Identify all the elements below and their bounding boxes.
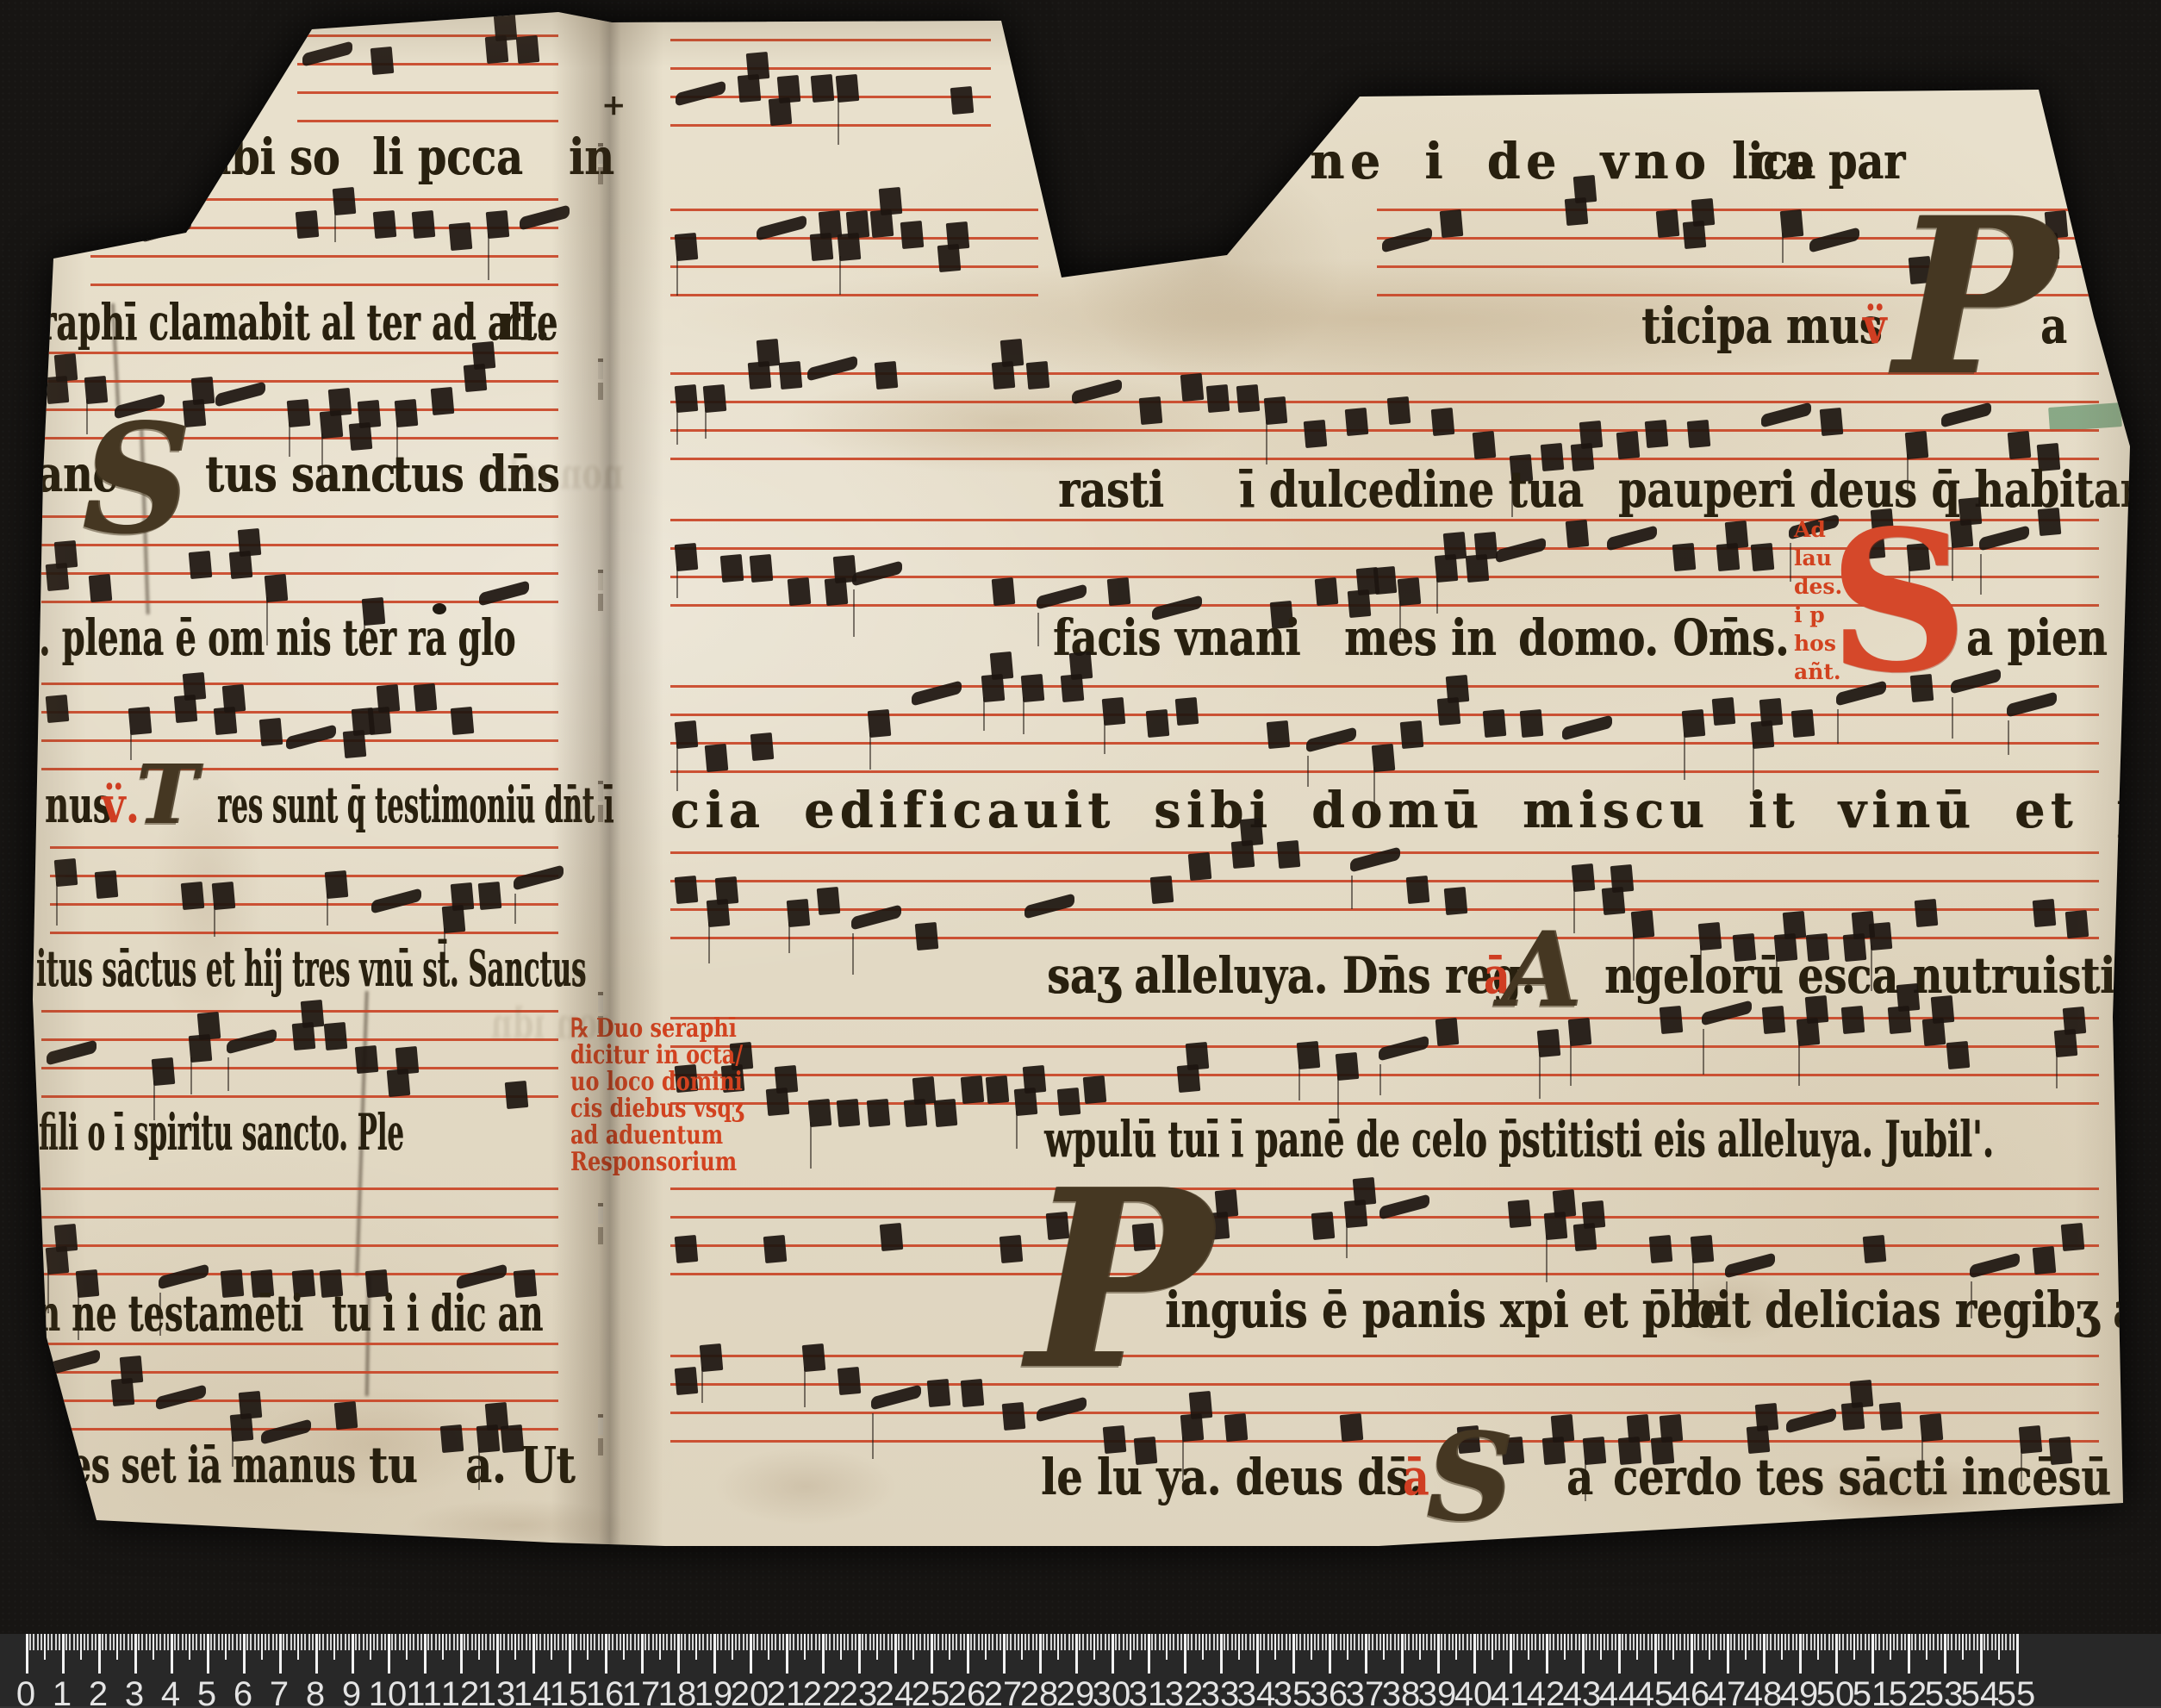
neume — [1442, 532, 1467, 560]
neume — [1496, 537, 1546, 564]
ruler-mm-tick — [1553, 1634, 1554, 1650]
ruler-mm-tick — [1955, 1634, 1957, 1650]
neume — [715, 876, 739, 904]
neume — [1345, 408, 1369, 436]
ruler-mm-tick — [1082, 1634, 1084, 1650]
ruler-mm-tick — [1579, 1634, 1580, 1650]
ruler-mm-tick — [1495, 1634, 1497, 1650]
ruler-mm-tick — [2013, 1634, 2015, 1650]
rubric-line: Responsorium — [570, 1149, 744, 1175]
ruler-mm-tick — [1549, 1634, 1551, 1650]
neume — [227, 1028, 277, 1055]
ruler-mm-tick — [286, 1634, 288, 1650]
neume — [180, 882, 204, 910]
ruler-mm-tick — [565, 1634, 567, 1650]
ruler-mm-tick — [1723, 1634, 1725, 1650]
ruler-mm-tick — [1687, 1634, 1689, 1650]
ruler-mm-tick — [185, 1634, 187, 1650]
neume — [779, 361, 803, 390]
neume — [1879, 1401, 1903, 1430]
ruler-mm-tick — [1604, 1634, 1605, 1650]
ruler-mm-tick — [529, 1634, 531, 1650]
neume — [431, 387, 455, 415]
ruler-mm-tick — [1087, 1634, 1088, 1650]
ruler-mm-tick — [699, 1634, 701, 1650]
ruler-mm-tick — [87, 1634, 89, 1650]
ruler-mm-tick — [1516, 1634, 1518, 1650]
rubric-line: cis diebus vsqʒ — [570, 1095, 744, 1122]
ruler-mm-tick — [1814, 1634, 1815, 1650]
neume — [757, 339, 781, 367]
staff-line — [670, 124, 991, 127]
ruler-mm-tick — [203, 1634, 205, 1650]
ruler-mm-tick — [1734, 1634, 1735, 1650]
ruler-mm-tick — [916, 1634, 918, 1650]
neume — [182, 672, 206, 701]
neume — [1266, 720, 1290, 749]
ruler-mm-tick — [1260, 1634, 1261, 1650]
staff-line — [41, 768, 558, 770]
ruler-mm-tick — [1702, 1634, 1703, 1650]
ruler-mm-tick — [333, 1634, 335, 1660]
neume-stem — [327, 894, 328, 926]
ruler-mm-tick — [478, 1634, 480, 1660]
neume-stem — [1351, 876, 1353, 910]
ruler-mm-tick — [1289, 1634, 1291, 1650]
ruler-cm-tick — [496, 1634, 499, 1674]
ruler-mm-tick — [1383, 1634, 1385, 1660]
parchment-stain — [1068, 146, 1344, 379]
neume-stem — [804, 1367, 806, 1407]
ruler-mm-tick — [919, 1634, 921, 1650]
ruler-mm-tick — [825, 1634, 827, 1650]
ruler-mm-tick — [1441, 1634, 1442, 1650]
ruler-mm-tick — [218, 1634, 220, 1650]
ruler-mm-tick — [851, 1634, 853, 1650]
ruler-mm-tick — [358, 1634, 360, 1650]
neume — [1379, 1035, 1429, 1062]
ruler-mm-tick — [934, 1634, 936, 1650]
ruler-mm-tick — [630, 1634, 632, 1650]
ruler-mm-tick — [261, 1634, 263, 1660]
neume — [1672, 542, 1696, 570]
neume — [1519, 708, 1543, 737]
binding-stitch — [598, 362, 603, 379]
ruler-mm-tick — [1227, 1634, 1229, 1650]
ruler-mm-tick — [1557, 1634, 1559, 1650]
ruler-mm-tick — [105, 1634, 107, 1650]
ruler-mm-tick — [753, 1634, 755, 1650]
ruler-mm-tick — [413, 1634, 414, 1650]
ruler-mm-tick — [1661, 1634, 1663, 1650]
ruler-mm-tick — [985, 1634, 987, 1660]
ruler-mm-tick — [232, 1634, 234, 1650]
ruler-mm-tick — [159, 1634, 161, 1650]
neume — [750, 732, 775, 760]
ruler-mm-tick — [482, 1634, 483, 1650]
neume — [750, 554, 774, 583]
neume — [1082, 1075, 1106, 1104]
ruler-cm-tick — [134, 1634, 137, 1674]
ruler-mm-tick — [1842, 1634, 1844, 1650]
neume — [927, 1378, 951, 1406]
ruler-mm-tick — [29, 1634, 31, 1650]
ruler-mm-tick — [1477, 1634, 1479, 1650]
ruler-cm-tick — [1184, 1634, 1186, 1674]
neume — [2064, 910, 2089, 938]
ruler-mm-tick — [793, 1634, 794, 1650]
neume — [912, 1076, 936, 1105]
ruler-mm-tick — [1010, 1634, 1012, 1650]
ruler-mm-tick — [254, 1634, 256, 1650]
ruler-mm-tick — [949, 1634, 950, 1660]
ruler-mm-tick — [189, 1634, 190, 1660]
neume-stem — [1266, 420, 1267, 464]
ruler-mm-tick — [1452, 1634, 1454, 1650]
ruler-mm-tick — [406, 1634, 408, 1660]
ruler-mm-tick — [1600, 1634, 1602, 1660]
ruler-cm-tick — [1763, 1634, 1766, 1674]
ruler-mm-tick — [1926, 1634, 1927, 1660]
ruler-mm-tick — [1672, 1634, 1674, 1660]
neume — [871, 1384, 921, 1411]
binding-stitch — [598, 1206, 603, 1224]
neume — [2063, 1007, 2087, 1035]
parchment-stain — [715, 1448, 896, 1525]
neume — [1805, 994, 1829, 1023]
ruler-mm-tick — [37, 1634, 39, 1650]
ruler-cm-tick — [1727, 1634, 1729, 1674]
chant-text: cerdo tes sācti incēsū et — [1613, 1448, 2161, 1506]
ruler-mm-tick — [73, 1634, 75, 1650]
ruler-mm-tick — [337, 1634, 339, 1650]
ruler-cm-tick — [1944, 1634, 1946, 1674]
neume — [1550, 1414, 1574, 1443]
ruler-mm-tick — [95, 1634, 97, 1650]
ruler-mm-tick — [377, 1634, 378, 1650]
ruler-mm-tick — [1123, 1634, 1124, 1650]
ink-cross-mark: + — [601, 88, 626, 122]
ruler-mm-tick — [1394, 1634, 1396, 1650]
ruler-mm-tick — [228, 1634, 230, 1650]
neume — [1431, 408, 1455, 436]
neume — [239, 1390, 263, 1418]
neume — [54, 539, 78, 568]
ruler-mm-tick — [214, 1634, 215, 1650]
neume — [1627, 1414, 1651, 1443]
ruler-mm-tick — [395, 1634, 396, 1650]
ruler-mm-tick — [656, 1634, 657, 1650]
ruler-mm-tick — [1072, 1634, 1074, 1650]
ruler-mm-tick — [1430, 1634, 1432, 1650]
ruler-mm-tick — [557, 1634, 559, 1650]
neume-stem — [1798, 1041, 1800, 1086]
ruler-mm-tick — [1340, 1634, 1342, 1650]
neume — [950, 85, 975, 114]
neume — [1206, 384, 1230, 413]
ruler-mm-tick — [1130, 1634, 1131, 1660]
neume-stem — [1790, 543, 1791, 583]
ruler-mm-tick — [518, 1634, 520, 1650]
neume — [1000, 1234, 1024, 1262]
neume — [1782, 911, 1806, 939]
ruler-mm-tick — [1354, 1634, 1355, 1650]
ruler-mm-tick — [1050, 1634, 1052, 1650]
ruler-mm-tick — [539, 1634, 541, 1650]
neume — [879, 186, 903, 215]
neume — [1562, 714, 1612, 741]
ruler-mm-tick — [1832, 1634, 1834, 1650]
ruler-mm-tick — [1434, 1634, 1435, 1650]
ruler-mm-tick — [1079, 1634, 1080, 1650]
neume-stem — [1379, 1064, 1381, 1095]
ruler-mm-tick — [1965, 1634, 1967, 1650]
ruler-mm-tick — [33, 1634, 34, 1650]
ruler-mm-tick — [330, 1634, 332, 1650]
neume — [413, 683, 437, 711]
ruler-mm-tick — [464, 1634, 465, 1650]
ruler-mm-tick — [855, 1634, 856, 1650]
neume — [1946, 1040, 1971, 1069]
ruler-mm-tick — [250, 1634, 252, 1650]
ruler-mm-tick — [1141, 1634, 1143, 1650]
ruler-mm-tick — [840, 1634, 842, 1660]
ruler-cm-tick — [26, 1634, 28, 1674]
ruler-mm-tick — [1416, 1634, 1417, 1650]
ruler-mm-tick — [1759, 1634, 1761, 1650]
ruler-mm-tick — [1684, 1634, 1685, 1650]
neume-stem — [708, 922, 710, 963]
staff-line — [297, 120, 558, 122]
ruler-mm-tick — [131, 1634, 133, 1650]
neume — [1659, 1414, 1683, 1443]
ruler-mm-tick — [1314, 1634, 1316, 1650]
staff-line — [50, 875, 558, 877]
ruler-mm-tick — [735, 1634, 737, 1650]
ruler-mm-tick — [1890, 1634, 1891, 1660]
neume — [141, 216, 191, 243]
ruler-mm-tick — [1350, 1634, 1352, 1650]
ruler-mm-tick — [876, 1634, 878, 1660]
chant-text: fili o ī spiritu sancto. Ple — [39, 1103, 404, 1162]
ruler-cm-tick — [569, 1634, 571, 1674]
ruler-mm-tick — [1796, 1634, 1797, 1650]
ruler-mm-tick — [304, 1634, 306, 1650]
ruler-mm-tick — [988, 1634, 990, 1650]
neume — [1306, 726, 1356, 753]
neume — [1236, 384, 1260, 413]
staff-line — [90, 198, 558, 201]
neume — [222, 683, 246, 712]
ruler-mm-tick — [873, 1634, 875, 1650]
ruler-mm-tick — [51, 1634, 53, 1650]
neume — [371, 47, 395, 75]
neume — [763, 1234, 787, 1262]
ruler-mm-tick — [1940, 1634, 1942, 1650]
ruler-mm-tick — [1169, 1634, 1171, 1650]
ruler-mm-tick — [789, 1634, 791, 1650]
neume — [1759, 698, 1784, 726]
neume — [1660, 1006, 1684, 1034]
ruler-mm-tick — [109, 1634, 111, 1650]
ruler-mm-tick — [1977, 1634, 1978, 1650]
ruler-mm-tick — [1636, 1634, 1638, 1660]
ruler-mm-tick — [1408, 1634, 1410, 1650]
ruler-mm-tick — [308, 1634, 310, 1650]
neume — [156, 1384, 206, 1411]
neume — [188, 551, 212, 579]
ruler-mm-tick — [551, 1634, 552, 1660]
ruler-mm-tick — [1068, 1634, 1070, 1650]
ruler-cm-tick — [1510, 1634, 1512, 1674]
ruler-mm-tick — [1195, 1634, 1197, 1650]
neume — [1000, 339, 1024, 367]
ruler-mm-tick — [1372, 1634, 1373, 1650]
ruler-mm-tick — [623, 1634, 625, 1660]
neume-stem — [1539, 1052, 1541, 1099]
ruler-mm-tick — [445, 1634, 447, 1650]
ruler-mm-tick — [583, 1634, 585, 1650]
neume — [1553, 1188, 1577, 1217]
ruler-mm-tick — [453, 1634, 455, 1650]
ruler-mm-tick — [345, 1634, 346, 1650]
ruler-mm-tick — [1126, 1634, 1128, 1650]
ruler-mm-tick — [797, 1634, 799, 1650]
neume — [1382, 227, 1432, 253]
neume — [1002, 1401, 1026, 1430]
ruler-mm-tick — [1647, 1634, 1649, 1650]
ruler-mm-tick — [1480, 1634, 1482, 1650]
neume — [504, 1080, 528, 1108]
ruler-mm-tick — [485, 1634, 487, 1650]
neume — [1303, 419, 1327, 447]
ruler-mm-tick — [1322, 1634, 1323, 1650]
neume — [1896, 983, 1921, 1012]
ruler-mm-tick — [526, 1634, 527, 1650]
ruler-mm-tick — [1886, 1634, 1888, 1650]
ruler-mm-tick — [340, 1634, 342, 1650]
ruler-cm-tick — [713, 1634, 716, 1674]
ruler-mm-tick — [102, 1634, 103, 1650]
neume-stem — [56, 882, 58, 926]
neume — [912, 680, 962, 707]
ruler-mm-tick — [59, 1634, 60, 1650]
ruler-mm-tick — [634, 1634, 636, 1650]
ruler-mm-tick — [1716, 1634, 1717, 1650]
ruler-mm-tick — [40, 1634, 42, 1650]
ruler-mm-tick — [84, 1634, 85, 1650]
ruler-mm-tick — [717, 1634, 719, 1650]
ruler-mm-tick — [1969, 1634, 1971, 1650]
ruler-mm-tick — [674, 1634, 676, 1650]
ruler-mm-tick — [210, 1634, 212, 1650]
neume — [1187, 851, 1211, 880]
ruler-cm-tick — [171, 1634, 173, 1674]
neume — [94, 870, 118, 898]
ruler-mm-tick — [1271, 1634, 1273, 1650]
ruler-mm-tick — [1839, 1634, 1840, 1650]
ruler-mm-tick — [1209, 1634, 1211, 1650]
neume — [2008, 431, 2032, 459]
staff-line — [50, 932, 558, 934]
ruler-mm-tick — [402, 1634, 404, 1650]
ruler-mm-tick — [240, 1634, 241, 1650]
staff-line — [670, 1355, 2099, 1357]
neume — [451, 882, 475, 911]
ruler-mm-tick — [420, 1634, 422, 1650]
ruler-mm-tick — [1745, 1634, 1747, 1660]
ruler-mm-tick — [547, 1634, 549, 1650]
ruler-mm-tick — [149, 1634, 151, 1650]
ruler-mm-tick — [236, 1634, 238, 1650]
ruler-cm-tick — [1148, 1634, 1150, 1674]
ruler-mm-tick — [1054, 1634, 1056, 1650]
neume — [960, 1075, 984, 1104]
ruler-mm-tick — [370, 1634, 371, 1660]
ruler-cm-tick — [243, 1634, 246, 1674]
rubric-line: ad aduentum — [570, 1122, 744, 1149]
ruler-mm-tick — [1278, 1634, 1280, 1650]
ruler-mm-tick — [1090, 1634, 1092, 1650]
ruler-mm-tick — [1929, 1634, 1931, 1650]
ruler-mm-tick — [743, 1634, 744, 1650]
neume — [300, 1000, 324, 1028]
ruler-mm-tick — [1766, 1634, 1768, 1650]
ruler-cm-tick — [1112, 1634, 1114, 1674]
ruler-mm-tick — [970, 1634, 972, 1650]
ruler-cm-tick — [2016, 1634, 2019, 1674]
chant-text: ī dulcedine tua — [1239, 460, 1584, 519]
ruler-mm-tick — [1697, 1634, 1699, 1650]
ruler-mm-tick — [1386, 1634, 1388, 1650]
staff-line — [41, 572, 558, 575]
ruler-mm-tick — [1806, 1634, 1808, 1650]
ruler-cm-tick — [1835, 1634, 1838, 1674]
ruler-mm-tick — [319, 1634, 321, 1650]
ruler-cm-tick — [1401, 1634, 1404, 1674]
ruler-cm-tick — [1691, 1634, 1693, 1674]
ruler-cm-tick — [98, 1634, 101, 1674]
ruler-mm-tick — [1347, 1634, 1348, 1660]
chant-text: tus sanc — [205, 445, 395, 503]
ruler-cm-tick — [931, 1634, 933, 1674]
chant-text: mes in — [1344, 608, 1497, 667]
neume — [867, 1099, 891, 1127]
chant-text: le lu ya. deus ds̄. — [1041, 1448, 1423, 1506]
neume — [1406, 875, 1430, 903]
ruler-mm-tick — [945, 1634, 947, 1650]
bleedthrough-ghost-text: ıon ıdn — [490, 998, 608, 1049]
ruler-mm-tick — [1720, 1634, 1722, 1650]
neume — [1687, 419, 1711, 447]
ruler-mm-tick — [880, 1634, 881, 1650]
ruler-mm-tick — [167, 1634, 169, 1650]
ruler-mm-tick — [1676, 1634, 1678, 1650]
neume — [1508, 1200, 1532, 1228]
staff-line — [670, 294, 1038, 296]
ruler-mm-tick — [1575, 1634, 1577, 1650]
ruler-mm-tick — [449, 1634, 451, 1650]
ruler-mm-tick — [1238, 1634, 1240, 1660]
neume — [1725, 520, 1749, 548]
neume — [215, 381, 265, 408]
decorated-initial-a: A — [1501, 924, 1581, 1017]
ruler-mm-tick — [1311, 1634, 1312, 1660]
ruler-mm-tick — [1064, 1634, 1066, 1650]
ruler-mm-tick — [738, 1634, 740, 1650]
neume-stem — [810, 1122, 812, 1169]
ruler-mm-tick — [1061, 1634, 1062, 1650]
